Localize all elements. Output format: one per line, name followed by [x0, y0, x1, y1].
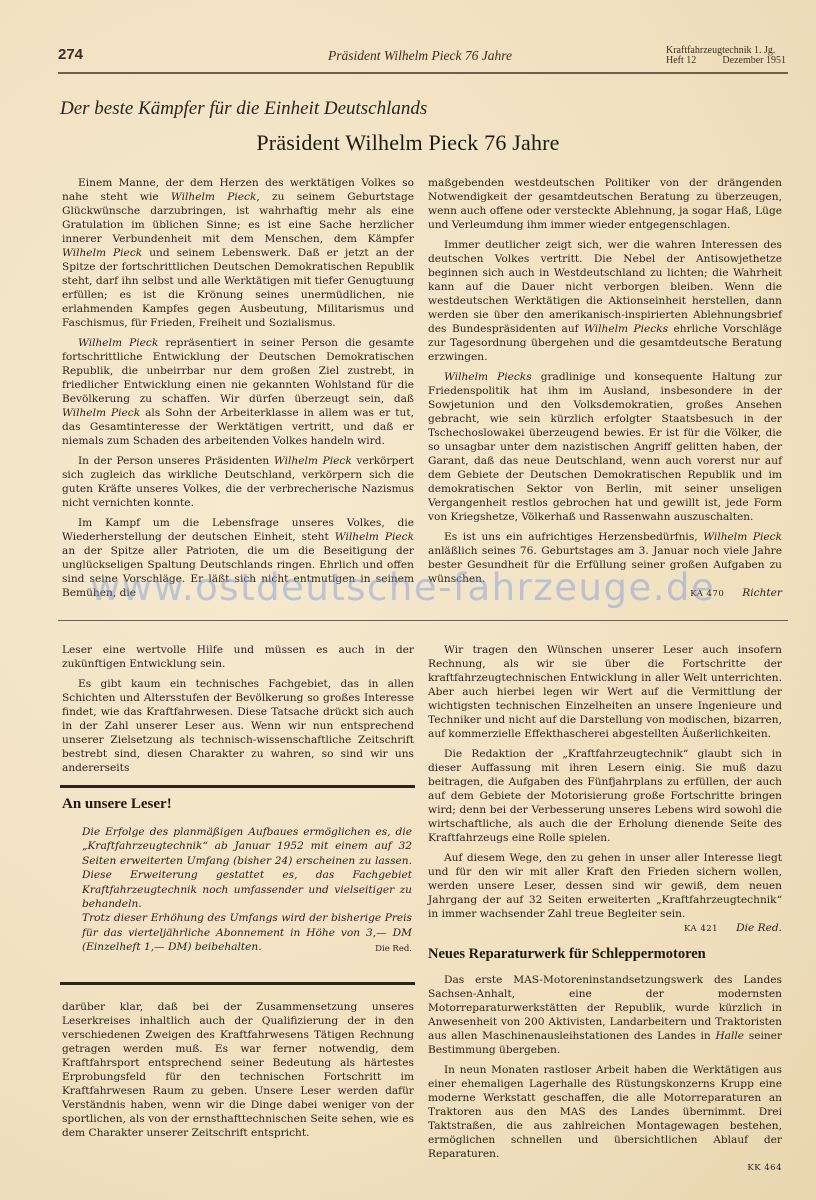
paragraph: Im Kampf um die Lebensfrage unseres Volk…: [62, 516, 414, 600]
repair-code: KK 464: [428, 1161, 782, 1175]
paragraph: Die Redaktion der „Kraftfahrzeugtechnik“…: [428, 747, 782, 845]
article-code: KA 470: [690, 587, 724, 601]
readers-code: KA 421: [684, 922, 718, 936]
readers-column-1: Leser eine wertvolle Hilfe und müssen es…: [62, 643, 414, 781]
notice-title: An unsere Leser!: [62, 796, 172, 813]
readers-column-1-continued: darüber klar, daß bei der Zusammensetzun…: [62, 1000, 414, 1146]
paragraph: Das erste MAS-Motoreninstandsetzungswerk…: [428, 973, 782, 1057]
article-signature: KA 470 Richter: [428, 586, 782, 601]
paragraph: Es gibt kaum ein technisches Fachgebiet,…: [62, 677, 414, 775]
readers-column-2: Wir tragen den Wünschen unserer Leser au…: [428, 643, 782, 936]
article-column-1: Einem Manne, der dem Herzen des werktäti…: [62, 176, 414, 606]
magazine-page: 274 Präsident Wilhelm Pieck 76 Jahre Kra…: [0, 0, 816, 1200]
article-title: Präsident Wilhelm Pieck 76 Jahre: [0, 130, 816, 156]
running-title: Präsident Wilhelm Pieck 76 Jahre: [328, 48, 512, 64]
paragraph: darüber klar, daß bei der Zusammensetzun…: [62, 1000, 414, 1140]
section-rule: [58, 620, 788, 621]
readers-sign: Die Red.: [736, 921, 782, 935]
paragraph: Wilhelm Pieck repräsentiert in seiner Pe…: [62, 336, 414, 448]
article-kicker: Der beste Kämpfer für die Einheit Deutsc…: [60, 98, 427, 120]
repair-title: Neues Reparaturwerk für Schleppermotoren: [428, 946, 706, 963]
paragraph: In der Person unseres Präsidenten Wilhel…: [62, 454, 414, 510]
repair-column: Das erste MAS-Motoreninstandsetzungswerk…: [428, 973, 782, 1175]
article-author: Richter: [742, 586, 782, 600]
journal-info: Kraftfahrzeugtechnik 1. Jg. Heft 12 Deze…: [666, 46, 786, 66]
notice-body: Die Erfolge des planmäßigen Aufbaues erm…: [82, 825, 412, 956]
paragraph: Einem Manne, der dem Herzen des werktäti…: [62, 176, 414, 330]
page-header: 274 Präsident Wilhelm Pieck 76 Jahre Kra…: [58, 44, 786, 68]
header-rule: [58, 72, 788, 74]
paragraph: Wir tragen den Wünschen unserer Leser au…: [428, 643, 782, 741]
paragraph: In neun Monaten rastloser Arbeit haben d…: [428, 1063, 782, 1161]
paragraph: Auf diesem Wege, den zu gehen in unser a…: [428, 851, 782, 921]
journal-date: Dezember 1951: [722, 56, 786, 66]
paragraph: Leser eine wertvolle Hilfe und müssen es…: [62, 643, 414, 671]
article-column-2: maßgebenden westdeutschen Politiker von …: [428, 176, 782, 601]
box-rule-top: [60, 785, 415, 788]
paragraph: Es ist uns ein aufrichtiges Herzensbedür…: [428, 530, 782, 586]
journal-issue: Heft 12: [666, 56, 696, 66]
paragraph: maßgebenden westdeutschen Politiker von …: [428, 176, 782, 232]
readers-signature: KA 421 Die Red.: [428, 921, 782, 936]
box-rule-bottom: [60, 982, 415, 985]
notice-paragraph: Die Erfolge des planmäßigen Aufbaues erm…: [82, 825, 412, 911]
page-number: 274: [58, 46, 83, 63]
paragraph: Wilhelm Piecks gradlinige und konsequen…: [428, 370, 782, 524]
paragraph: Immer deutlicher zeigt sich, wer die wah…: [428, 238, 782, 364]
